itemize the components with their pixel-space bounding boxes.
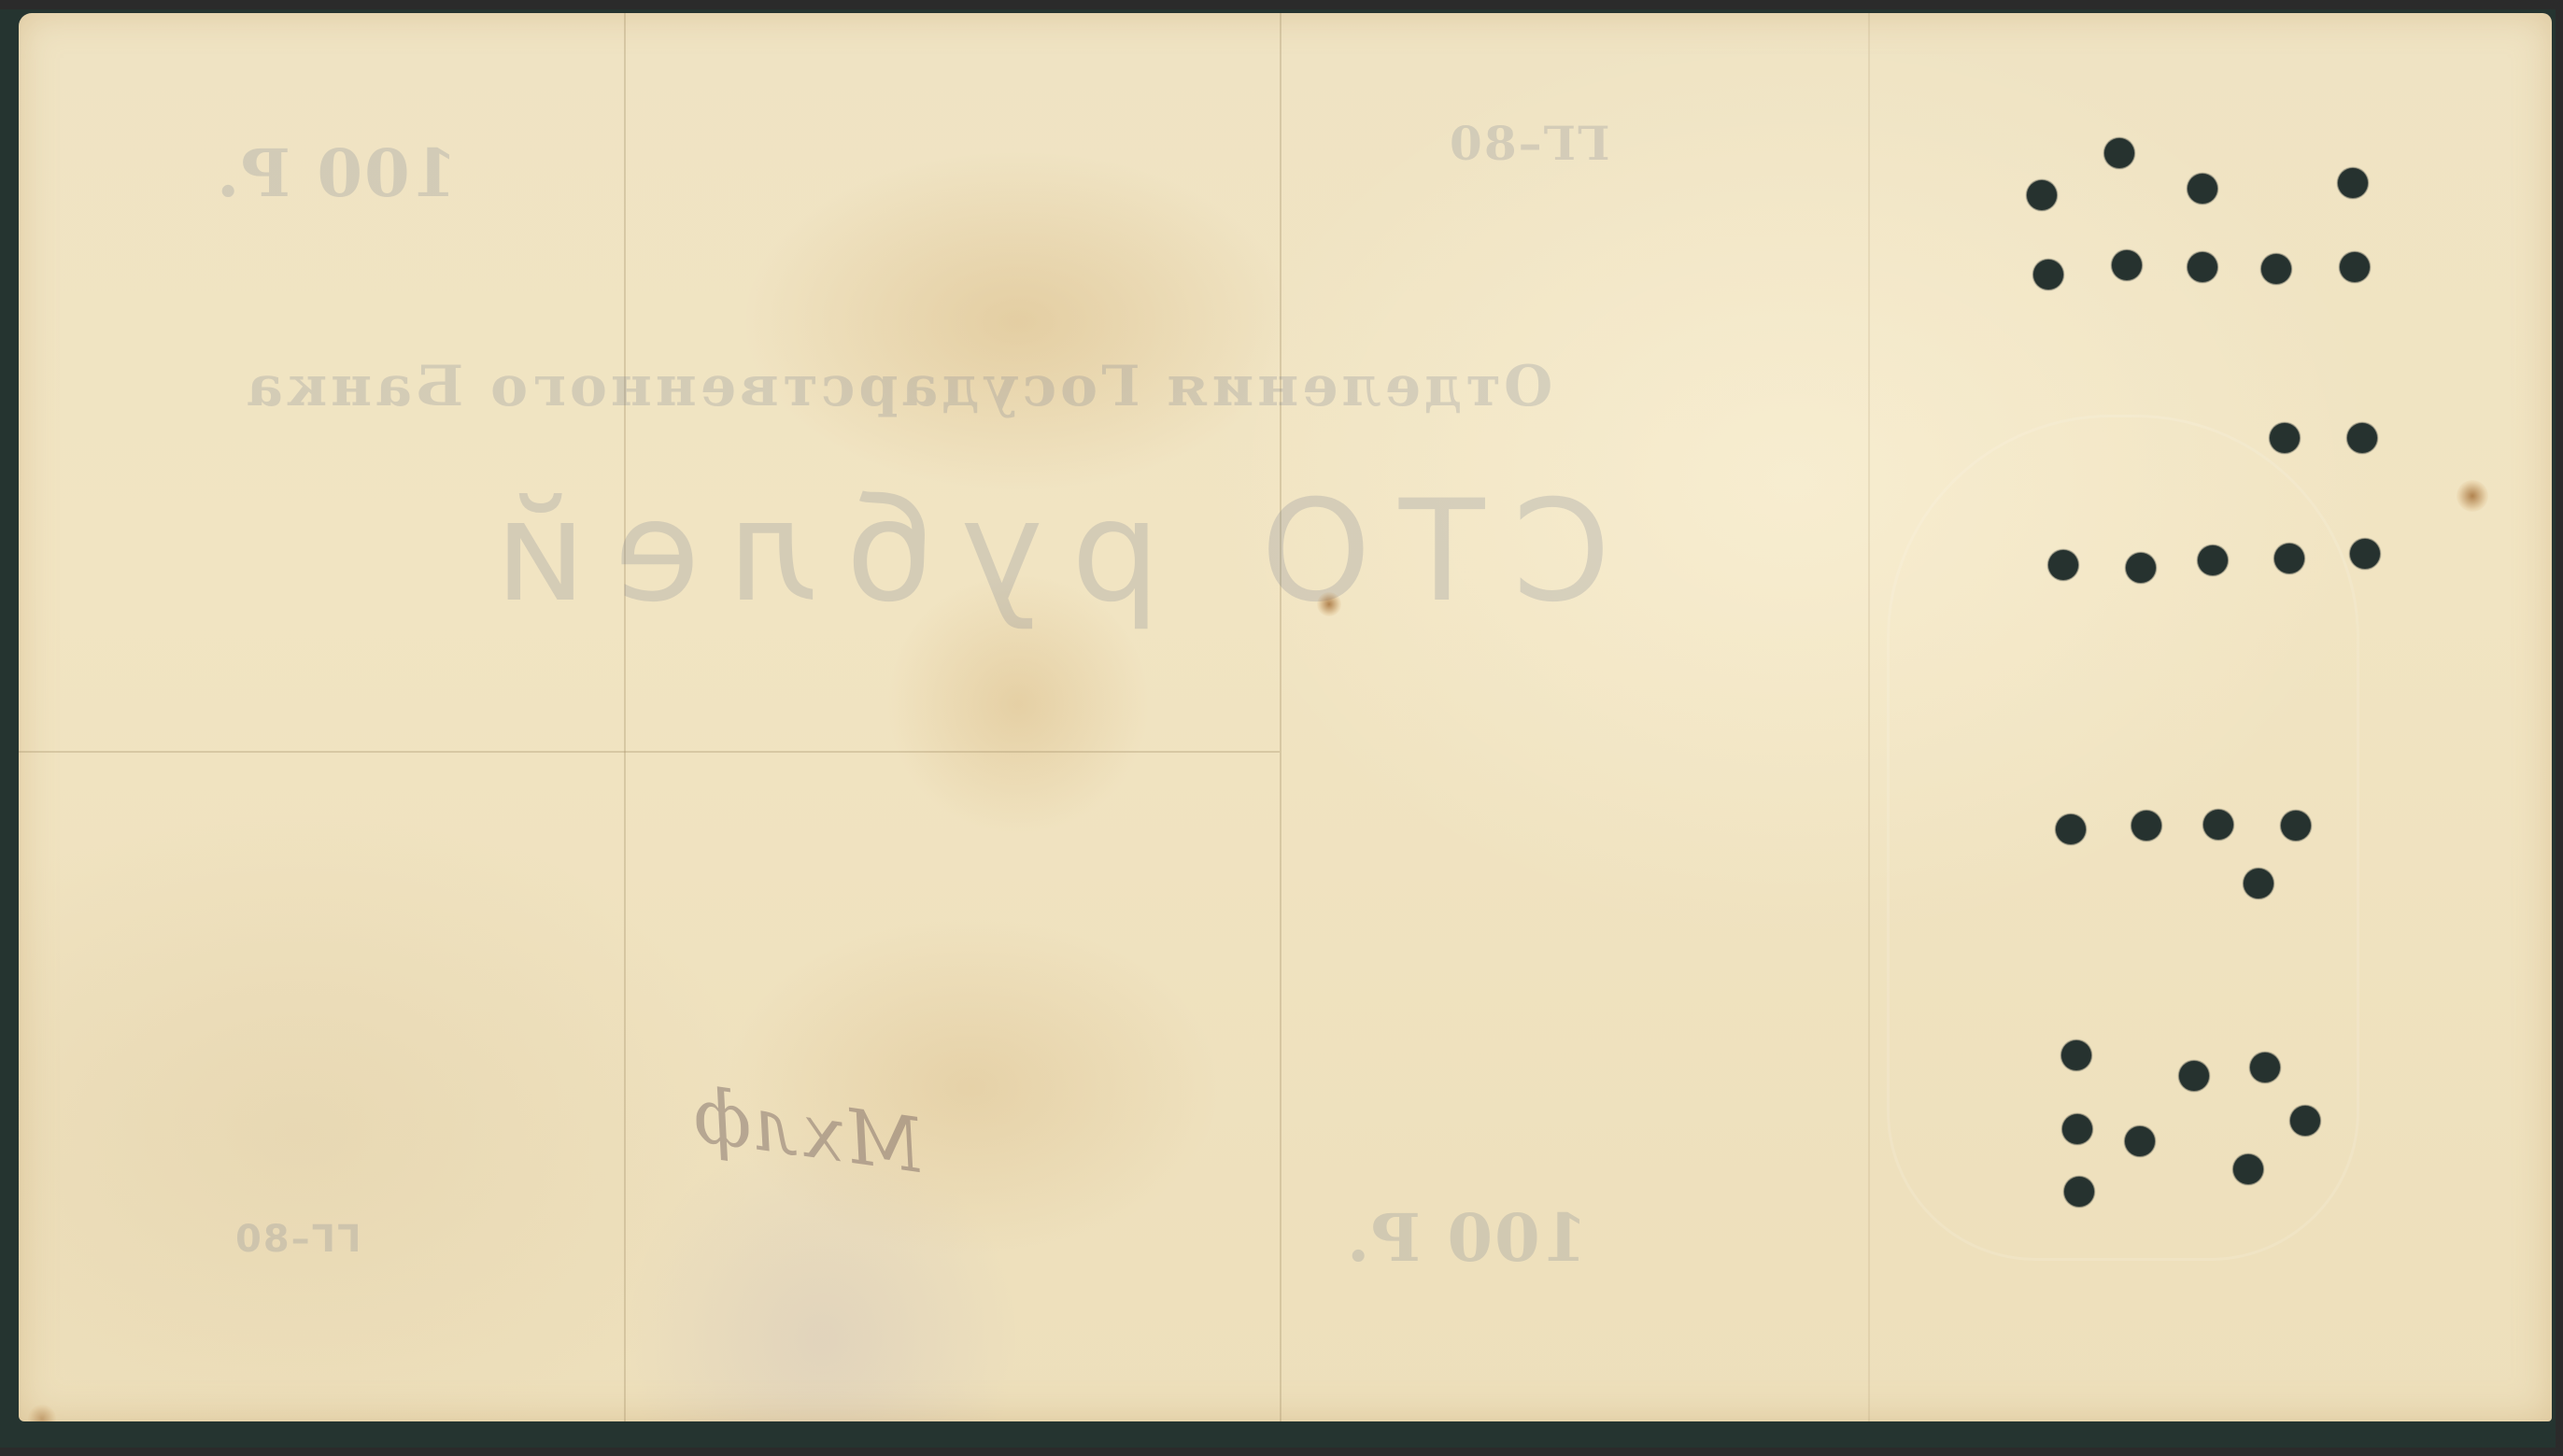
perforation-hole bbox=[2347, 423, 2377, 453]
perforation-hole bbox=[2064, 1177, 2094, 1207]
perforation-hole bbox=[2250, 1053, 2280, 1082]
ghost-serial-bottom: ГГ–80 bbox=[234, 1218, 361, 1261]
perforation-hole bbox=[2033, 260, 2063, 290]
perforation-hole bbox=[2340, 252, 2370, 282]
perforation-hole bbox=[2338, 168, 2368, 198]
perforation-hole bbox=[2179, 1061, 2209, 1091]
perforation-hole bbox=[2061, 1040, 2091, 1070]
perforation-hole bbox=[2062, 1114, 2092, 1144]
perforation-hole bbox=[2125, 1126, 2155, 1156]
ghost-amount-words: СТО рублей bbox=[467, 471, 1610, 633]
perforation-hole bbox=[2188, 174, 2217, 204]
perforation-hole bbox=[2126, 553, 2156, 583]
perforation-hole bbox=[2112, 250, 2142, 280]
perforation-hole bbox=[2056, 814, 2086, 844]
perforation-hole bbox=[2270, 423, 2300, 453]
stain-spot bbox=[28, 1405, 56, 1421]
fold-line-horizontal bbox=[19, 751, 1280, 753]
stain-spot bbox=[2457, 480, 2488, 512]
ghost-signature: Мхлф bbox=[687, 1071, 928, 1190]
perforation-hole bbox=[2203, 810, 2233, 840]
perforation-hole bbox=[2290, 1106, 2320, 1136]
perforation-hole bbox=[2198, 545, 2228, 575]
ghost-serial-top: ГГ–80 bbox=[1448, 116, 1610, 171]
perforation-hole bbox=[2281, 811, 2311, 841]
perforation-hole bbox=[2350, 539, 2380, 569]
fold-line-center bbox=[1280, 13, 1281, 1421]
perforation-hole bbox=[2131, 811, 2161, 841]
perforation-hole bbox=[2104, 138, 2134, 168]
fold-line-right bbox=[1868, 13, 1870, 1421]
perforation-hole bbox=[2261, 254, 2291, 284]
perforation-hole bbox=[2244, 869, 2273, 898]
ghost-bank-line: Отделения Государственного Банка bbox=[243, 354, 1552, 419]
ghost-denomination-bottom: 100 Р. bbox=[1345, 1199, 1588, 1277]
perforation-hole bbox=[2027, 180, 2057, 210]
perforation-hole bbox=[2188, 252, 2217, 282]
ghost-denomination-top: 100 Р. bbox=[215, 134, 458, 212]
perforation-hole bbox=[2274, 544, 2304, 573]
perforation-hole bbox=[2233, 1154, 2263, 1184]
stain-spot bbox=[1317, 592, 1341, 616]
perforation-hole bbox=[2048, 550, 2078, 580]
banknote-reverse: 100 Р. ГГ–80 Отделения Государственного … bbox=[19, 13, 2552, 1421]
fold-line-left bbox=[624, 13, 626, 1421]
